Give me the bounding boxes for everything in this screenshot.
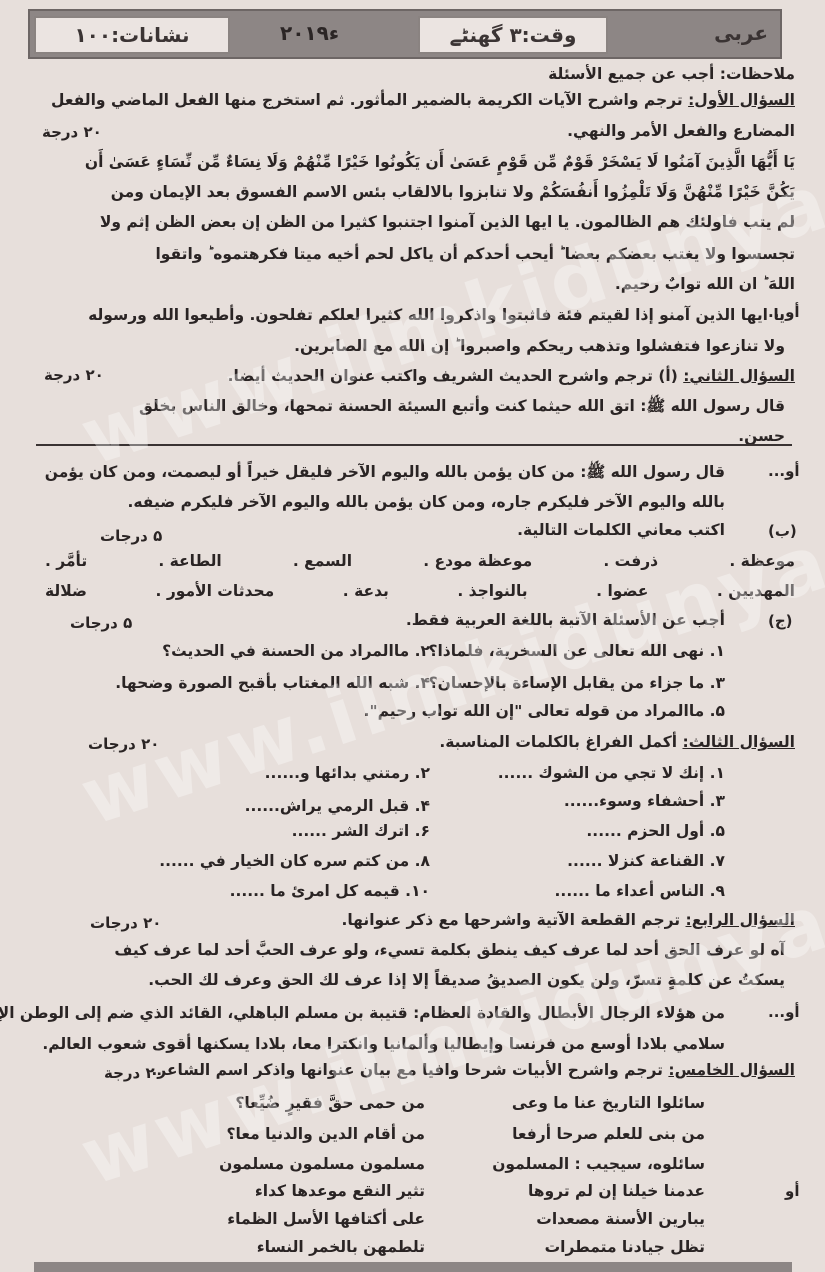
q2-part-b-marks: ۵ درجات	[100, 527, 162, 545]
alt-verse-first-hemistich: عدمنا خيلنا إن لم تروها	[528, 1182, 705, 1200]
vocab-word: موعظة مودع .	[423, 552, 532, 570]
q2-part-c-question: ۴. شبه الله المغتاب بأقبح الصورة وضحها.	[115, 674, 430, 692]
q1-verse-line: اللهَ ؕ ان الله توابٌ رحيم.	[615, 274, 795, 294]
q2-part-c-question: ۱. نهى الله تعالى عن السخرية، فلماذا؟	[428, 642, 725, 660]
verse-second-hemistich: من حمى حقَّ فقيرٍ ضُيِّعا؟	[235, 1094, 425, 1112]
q1-heading: السؤال الأول: ترجم واشرح الآيات الكريمة …	[51, 90, 795, 110]
q3-item: ۵. أول الحزم ......	[586, 822, 725, 840]
q4-instruction: ترجم القطعة الآتية واشرحها مع ذكر عنوانه…	[341, 911, 680, 929]
q1-verse-line: تجسسوا ولا يغتب بعضكم بعضا ؕ أيحب أحدكم …	[155, 244, 795, 264]
q2-part-c-question: ۳. ما جزاء من يقابل الإساءة بالإحسان؟	[429, 674, 725, 692]
vocab-word: ضلالة	[45, 582, 87, 600]
q1-alt-verse-line: يا ايها الذين آمنو إذا لقيتم فئة فاثبتوا…	[88, 305, 785, 325]
q5-marks: ۲۰ درجة	[104, 1064, 164, 1082]
q2-part-c-question: ۵. ماالمراد من قوله تعالى "إن الله تواب …	[364, 702, 725, 720]
alt-verse-second-hemistich: تثير النقع موعدها كداء	[255, 1182, 425, 1200]
vocab-word: تأمَّر .	[45, 552, 87, 570]
q3-title: السؤال الثالث:	[683, 733, 796, 751]
q3-item: ۱. إنك لا تجي من الشوك ......	[498, 764, 725, 782]
exam-year: ۲۰۱۹ء	[280, 21, 339, 45]
alt-verse-first-hemistich: يبارين الأسنة مصعدات	[536, 1210, 705, 1228]
exam-paper-page: نشانات:۱۰۰ ۲۰۱۹ء وقت:۳ گھنٹے عربی ملاحظا…	[0, 0, 825, 1272]
q4-alt-passage-line: من هؤلاء الرجال الأبطال والقادة العظام: …	[0, 1003, 725, 1023]
q5-heading: السؤال الخامس: ترجم واشرح الأبيات شرحا و…	[151, 1060, 795, 1080]
paper-header: نشانات:۱۰۰ ۲۰۱۹ء وقت:۳ گھنٹے عربی	[28, 9, 782, 59]
q3-item: ۹. الناس أعداء ما ......	[555, 882, 725, 900]
q2-title: السؤال الثاني:	[683, 367, 795, 385]
q3-item: ۳. أحشفاء وسوء......	[564, 792, 725, 810]
q3-item: ۷. القناعة كنزلا ......	[567, 852, 725, 870]
q2-hadith-line: قال رسول الله ﷺ: اتق الله حيثما كنت وأتب…	[139, 396, 785, 416]
q1-instruction-line1: ترجم واشرح الآيات الكريمة بالضمير المأثو…	[51, 91, 683, 109]
q2-instruction: (أ) ترجم واشرح الحديث الشريف واكتب عنوان…	[228, 367, 678, 385]
q5-title: السؤال الخامس:	[668, 1061, 795, 1079]
vocab-word: ذرفت .	[603, 552, 658, 570]
q2-part-b-instruction: اكتب معاني الكلمات التالية.	[517, 520, 725, 540]
q3-item: ۱۰. قيمه كل امرئ ما ......	[230, 882, 430, 900]
alt-verse-second-hemistich: تلطمهن بالخمر النساء	[257, 1238, 425, 1256]
q1-verse-line: يَا أَيُّهَا الَّذِينَ آمَنُوا لَا يَسْخ…	[85, 152, 795, 172]
vocab-row-1: موعظة . ذرفت . موعظة مودع . السمع . الطا…	[45, 552, 795, 570]
vocab-word: بدعة .	[343, 582, 389, 600]
q2-alt-hadith-line: بالله واليوم الآخر فليكرم جاره، ومن كان …	[128, 492, 725, 512]
q2-hadith-line: حسن.	[738, 426, 785, 446]
section-divider	[36, 444, 792, 446]
q2-part-b-label: (ب)	[768, 522, 797, 540]
vocab-word: موعظة .	[729, 552, 795, 570]
alt-verse-first-hemistich: تظل جيادنا متمطرات	[545, 1238, 705, 1256]
total-marks: نشانات:۱۰۰	[74, 23, 189, 47]
q5-instruction: ترجم واشرح الأبيات شرحا وافيا مع بيان عن…	[151, 1061, 663, 1079]
q2-part-c-question: ۲. ماالمراد من الحسنة في الحديث؟	[162, 642, 430, 660]
verse-first-hemistich: سائلوه، سيجيب : المسلمون	[492, 1155, 705, 1173]
q3-item: ۴. قبل الرمي يراش......	[245, 797, 430, 815]
q5-or-label: أو	[785, 1182, 799, 1200]
total-marks-box: نشانات:۱۰۰	[34, 16, 230, 54]
vocab-word: الطاعة .	[158, 552, 221, 570]
q2-alt-hadith-line: قال رسول الله ﷺ: من كان يؤمن بالله واليو…	[45, 462, 725, 482]
q2-heading: السؤال الثاني: (أ) ترجم واشرح الحديث الش…	[228, 366, 795, 386]
q2-marks: ۲۰ درجة	[44, 366, 104, 384]
vocab-word: محدثات الأمور .	[156, 582, 275, 600]
q3-heading: السؤال الثالث: أكمل الفراغ بالكلمات المن…	[439, 732, 795, 752]
q4-alt-passage-line: سلامي بلادا أوسع من فرنسا وإيطاليا وألما…	[42, 1034, 725, 1054]
q2-part-c-instruction: أجب عن الأسئلة الآتية باللغة العربية فقط…	[406, 610, 725, 630]
q2-or-label: أو...	[768, 462, 800, 480]
verse-first-hemistich: سائلوا التاريخ عنا ما وعى	[512, 1094, 705, 1112]
time-box: وقت:۳ گھنٹے	[418, 16, 608, 54]
vocab-word: السمع .	[293, 552, 352, 570]
footer-band	[34, 1262, 792, 1272]
q1-verse-line: يَكُنَّ خَيْرًا مِّنْهُنَّ وَلَا تَلْمِز…	[111, 182, 795, 202]
q1-instruction-line2: المضارع والفعل الأمر والنهي.	[567, 121, 795, 141]
q3-item: ۲. رمتني بدائها و......	[265, 764, 430, 782]
q1-verse-line: لم يتب فاولئك هم الظالمون. يا ايها الذين…	[100, 212, 795, 232]
vocab-row-2: المهديين . عضوا . بالنواجذ . بدعة . محدث…	[45, 582, 795, 600]
alt-verse-second-hemistich: على أكتافها الأسل الظماء	[227, 1210, 425, 1228]
q4-heading: السؤال الرابع: ترجم القطعة الآتية واشرحه…	[341, 910, 795, 930]
q4-passage-line: آه لو عرف الحق أحد لما عرف كيف ينطق بكلم…	[114, 940, 785, 960]
vocab-word: عضوا .	[596, 582, 648, 600]
q3-item: ۶. اترك الشر ......	[292, 822, 430, 840]
q2-part-c-marks: ۵ درجات	[70, 614, 132, 632]
vocab-word: المهديين .	[717, 582, 795, 600]
verse-second-hemistich: مسلمون مسلمون مسلمون	[219, 1155, 425, 1173]
q1-alt-verse-line: ولا تنازعوا فتفشلوا وتذهب ريحكم واصبروا …	[294, 336, 785, 356]
q3-marks: ۲۰ درجات	[88, 735, 159, 753]
q1-title: السؤال الأول:	[688, 91, 795, 109]
q4-passage-line: يسكتُ عن كلمةٍ تسرّ، ولن يكون الصديقُ صد…	[148, 970, 785, 990]
q4-marks: ۲۰ درجات	[90, 914, 161, 932]
q4-or-label: أو...	[768, 1003, 800, 1021]
q3-item: ۸. من كتم سره كان الخيار في ......	[159, 852, 430, 870]
verse-first-hemistich: من بنى للعلم صرحا أرفعا	[512, 1125, 705, 1143]
q2-part-c-label: (ج)	[768, 612, 793, 630]
vocab-word: بالنواجذ .	[457, 582, 527, 600]
verse-second-hemistich: من أقام الدين والدنيا معا؟	[227, 1125, 425, 1143]
exam-time: وقت:۳ گھنٹے	[450, 23, 577, 47]
subject-title: عربی	[714, 21, 768, 45]
instructions-note: ملاحظات: أجب عن جميع الأسئلة	[548, 64, 795, 84]
q1-marks: ۲۰ درجة	[42, 123, 102, 141]
q4-title: السؤال الرابع:	[686, 911, 795, 929]
q3-instruction: أكمل الفراغ بالكلمات المناسبة.	[439, 733, 677, 751]
